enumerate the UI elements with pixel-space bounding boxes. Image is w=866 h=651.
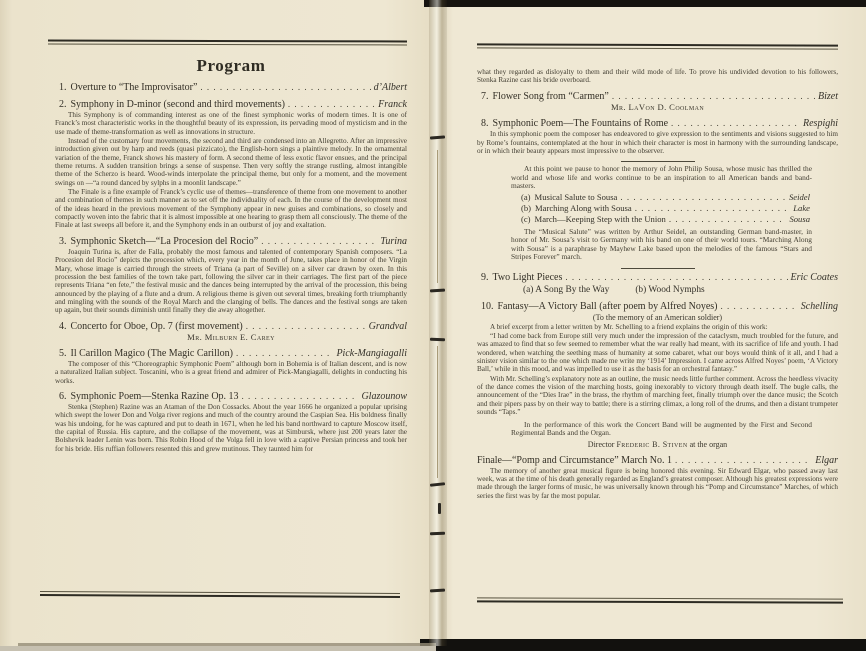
program-item-finale: Finale—“Pomp and Circumstance” March No.…	[477, 455, 838, 466]
program-right-column: what they regarded as disloyalty to them…	[477, 68, 838, 500]
program-left-column: Program 1. Overture to “The Improvisator…	[55, 56, 407, 453]
program-item-10: 10. Fantasy—A Victory Ball (after poem b…	[477, 301, 838, 312]
composer-name: d’Albert	[374, 82, 407, 93]
item-title: Symphonic Poem—The Fountains of Rome	[493, 118, 669, 129]
composer-name: Seidel	[789, 192, 810, 202]
performer-name: Mr. LaVon D. Coolman	[477, 102, 838, 112]
binding-thread	[437, 346, 438, 478]
binding-thread	[437, 150, 438, 283]
leader-dots	[565, 272, 787, 282]
piece-a: (a) A Song By the Way	[523, 285, 609, 295]
item-title: Overture to “The Improvisator”	[71, 82, 198, 93]
program-item-9: 9. Two Light Pieces Eric Coates	[477, 272, 838, 283]
sousa-memorial-note: At this point we pause to honor the memo…	[511, 165, 812, 191]
item-number: 8.	[481, 118, 489, 129]
program-item-8: 8. Symphonic Poem—The Fountains of Rome …	[477, 118, 838, 129]
composer-name: Pick-Mangiagalli	[336, 348, 407, 359]
item-title: Two Light Pieces	[493, 272, 563, 283]
leader-dots	[242, 391, 359, 401]
item-title: Symphony in D-minor (second and third mo…	[71, 99, 285, 110]
composer-name: Elgar	[815, 455, 838, 466]
leader-dots	[246, 321, 366, 331]
program-note: In this symphonic poem the composer has …	[477, 130, 838, 155]
item-title: Fantasy—A Victory Ball (after poem by Al…	[498, 301, 718, 312]
program-item-1: 1. Overture to “The Improvisator” d’Albe…	[55, 82, 407, 93]
composer-name: Grandval	[369, 321, 407, 332]
section-divider	[621, 161, 695, 162]
item-number: 3.	[59, 236, 67, 247]
program-note: A brief excerpt from a letter written by…	[477, 323, 838, 331]
program-item-2: 2. Symphony in D-minor (second and third…	[55, 99, 407, 110]
item-title: Symphonic Poem—Stenka Razine Op. 13	[71, 391, 239, 402]
sousa-selection-c: (c) March—Keeping Step with the Union So…	[521, 214, 810, 224]
section-divider	[621, 268, 695, 269]
item-number: 1.	[59, 82, 67, 93]
program-note: With Mr. Schelling’s explanatory note as…	[477, 375, 838, 417]
item-title: Concerto for Oboe, Op. 7 (first movement…	[71, 321, 243, 332]
program-note: Joaquin Turina is, after de Falla, proba…	[55, 248, 407, 315]
director-prefix: Director	[588, 440, 617, 449]
sousa-memorial-paragraph: The “Musical Salute” was written by Arth…	[511, 228, 812, 262]
program-note: This Symphony is of commanding interest …	[55, 111, 407, 136]
program-note-continuation: what they regarded as disloyalty to them…	[477, 68, 838, 85]
sub-item-label: (b)	[521, 203, 531, 213]
program-booklet-spread: Program 1. Overture to “The Improvisator…	[0, 0, 866, 651]
item-number: 7.	[481, 91, 489, 102]
leader-dots	[671, 118, 800, 128]
sousa-selection-b: (b) Marching Along with Sousa Lake	[521, 203, 810, 213]
item-title: Symphonic Sketch—“La Procesion del Rocio…	[71, 236, 259, 247]
item-number: 9.	[481, 272, 489, 283]
composer-name: Respighi	[803, 118, 838, 129]
composer-name: Sousa	[789, 214, 810, 224]
item-number: 10.	[481, 301, 494, 312]
composer-name: Eric Coates	[791, 272, 839, 283]
performer-name: Mr. Milburn E. Carey	[55, 332, 407, 342]
augmentation-note: In the performance of this work the Conc…	[511, 421, 812, 438]
leader-dots	[288, 99, 375, 109]
leader-dots	[236, 348, 333, 358]
item-number: 6.	[59, 391, 67, 402]
leader-dots	[675, 455, 812, 465]
program-item-3: 3. Symphonic Sketch—“La Procesion del Ro…	[55, 236, 407, 247]
leader-dots	[635, 203, 791, 213]
director-name: Frederic B. Stiven	[616, 440, 687, 449]
director-suffix: at the organ	[688, 440, 728, 449]
sub-item-label: (c)	[521, 214, 531, 224]
program-note: The memory of another great musical figu…	[477, 467, 838, 500]
composer-name: Glazounow	[361, 391, 407, 402]
item-title: Flower Song from “Carmen”	[493, 91, 609, 102]
item-number: 4.	[59, 321, 67, 332]
sub-item-label: (a)	[521, 192, 531, 202]
composer-name: Franck	[378, 99, 407, 110]
program-note: “I had come back from Europe still very …	[477, 332, 838, 374]
leader-dots	[612, 91, 815, 101]
sub-item-title: March—Keeping Step with the Union	[535, 214, 666, 224]
binding-stitch	[430, 532, 445, 536]
dedication-line: (To the memory of an American soldier)	[477, 313, 838, 322]
piece-b: (b) Wood Nymphs	[635, 285, 704, 295]
book-edge-top	[424, 0, 866, 7]
program-note: Instead of the customary four movements,…	[55, 137, 407, 187]
program-item-5: 5. Il Carillon Magico (The Magic Carillo…	[55, 348, 407, 359]
item-title: Finale—“Pomp and Circumstance” March No.…	[477, 455, 672, 466]
program-note: The composer of this “Choreographic Symp…	[55, 360, 407, 385]
book-edge-bottom	[420, 639, 866, 651]
page-title: Program	[55, 56, 407, 76]
table-surface	[0, 646, 436, 651]
binding-gutter	[429, 0, 447, 646]
program-note: The Finale is a fine example of Franck’s…	[55, 188, 407, 230]
sub-item-title: Marching Along with Sousa	[535, 203, 632, 213]
sousa-selection-a: (a) Musical Salute to Sousa Seidel	[521, 192, 810, 202]
program-item-4: 4. Concerto for Oboe, Op. 7 (first movem…	[55, 321, 407, 332]
leader-dots	[669, 214, 787, 224]
top-rule-left	[48, 40, 407, 46]
program-note: Stenka (Stephen) Razine was an Ataman of…	[55, 403, 407, 453]
leader-dots	[620, 192, 786, 202]
leader-dots	[721, 301, 798, 311]
item-number: 5.	[59, 348, 67, 359]
leader-dots	[200, 82, 370, 92]
item-number: 2.	[59, 99, 67, 110]
composer-name: Schelling	[801, 301, 838, 312]
program-item-6: 6. Symphonic Poem—Stenka Razine Op. 13 G…	[55, 391, 407, 402]
director-line: Director Frederic B. Stiven at the organ	[477, 440, 838, 449]
composer-name: Bizet	[818, 91, 838, 102]
light-pieces-list: (a) A Song By the Way (b) Wood Nymphs	[523, 285, 838, 295]
composer-name: Lake	[793, 203, 810, 213]
leader-dots	[261, 236, 377, 246]
binding-stitch	[438, 503, 441, 514]
sub-item-title: Musical Salute to Sousa	[535, 192, 618, 202]
item-title: Il Carillon Magico (The Magic Carillon)	[71, 348, 233, 359]
composer-name: Turina	[380, 236, 407, 247]
binding-stitch	[430, 338, 445, 342]
program-item-7: 7. Flower Song from “Carmen” Bizet	[477, 91, 838, 102]
